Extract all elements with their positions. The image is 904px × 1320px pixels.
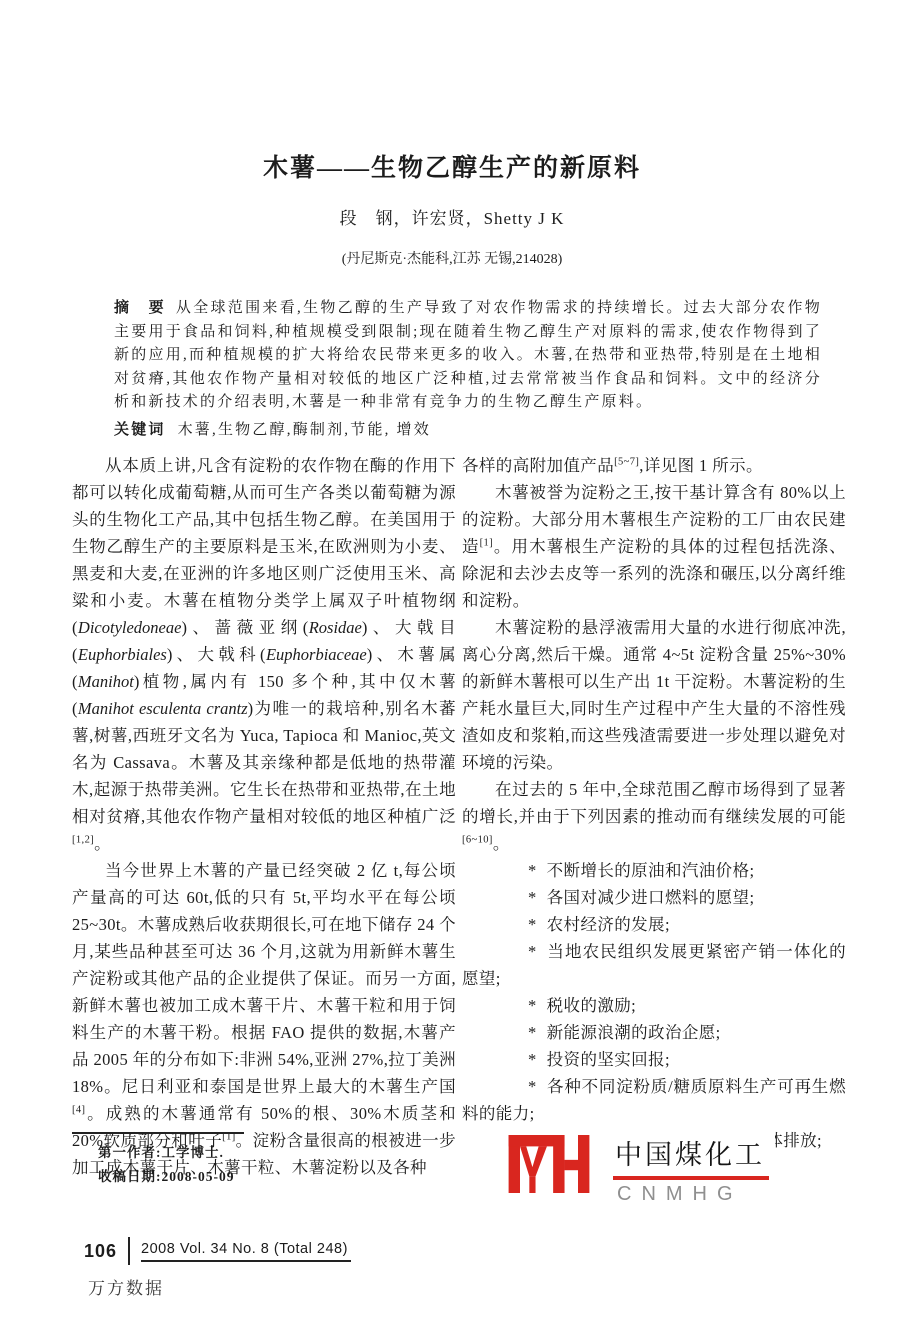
wanfang-watermark: 万方数据 bbox=[88, 1274, 164, 1299]
body-paragraph: 在过去的 5 年中,全球范围乙醇市场得到了显著的增长,并由于下列因素的推动而有继… bbox=[462, 776, 846, 857]
footnote-separator bbox=[72, 1132, 244, 1134]
list-item-text: 投资的坚实回报; bbox=[547, 1050, 670, 1069]
abstract-label: 摘 要 bbox=[114, 300, 166, 316]
footnote-author: 第一作者:工学博士. bbox=[98, 1141, 235, 1165]
keywords-block: 关键词木薯,生物乙醇,酶制剂,节能, 增效 bbox=[114, 418, 822, 439]
footnote-received-date: 收稿日期:2008-05-09 bbox=[98, 1165, 235, 1189]
body-paragraph: 木薯淀粉的悬浮液需用大量的水进行彻底冲洗,离心分离,然后干燥。通常 4~5t 淀… bbox=[462, 614, 846, 776]
footnote-block: 第一作者:工学博士. 收稿日期:2008-05-09 bbox=[98, 1141, 235, 1189]
bullet-marker: * bbox=[495, 884, 537, 911]
bullet-marker: * bbox=[495, 857, 537, 884]
abstract-block: 摘 要从全球范围来看,生物乙醇的生产导致了对农作物需求的持续增长。过去大部分农作… bbox=[114, 297, 822, 415]
list-item: *不断增长的原油和汽油价格; bbox=[462, 857, 846, 884]
body-paragraph: 从本质上讲,凡含有淀粉的农作物在酶的作用下都可以转化成葡萄糖,从而可生产各类以葡… bbox=[72, 452, 456, 857]
watermark-text: 中国煤化工 CNMHG bbox=[613, 1133, 769, 1206]
journal-page: 木薯——生物乙醇生产的新原料 段 钢，许宏贤，Shetty J K (丹尼斯克·… bbox=[0, 0, 904, 1320]
list-item: *当地农民组织发展更紧密产销一体化的愿望; bbox=[462, 938, 846, 992]
bullet-marker: * bbox=[495, 911, 537, 938]
bullet-marker: * bbox=[495, 938, 537, 965]
keywords-label: 关键词 bbox=[114, 422, 166, 438]
bullet-marker: * bbox=[495, 1046, 537, 1073]
abstract-text: 从全球范围来看,生物乙醇的生产导致了对农作物需求的持续增长。过去大部分农作物主要… bbox=[114, 300, 822, 410]
authors-line: 段 钢，许宏贤，Shetty J K bbox=[0, 204, 904, 229]
keywords-text: 木薯,生物乙醇,酶制剂,节能, 增效 bbox=[178, 422, 431, 438]
watermark-brand-en: CNMHG bbox=[613, 1183, 769, 1206]
right-column: 各样的高附加值产品[5~7],详见图 1 所示。 木薯被誉为淀粉之王,按干基计算… bbox=[462, 452, 846, 1208]
page-number: 106 bbox=[84, 1241, 117, 1262]
list-item-text: 各国对减少进口燃料的愿望; bbox=[547, 888, 755, 907]
affiliation-line: (丹尼斯克·杰能科,江苏 无锡,214028) bbox=[0, 248, 904, 268]
list-item: *新能源浪潮的政治企愿; bbox=[462, 1019, 846, 1046]
page-title: 木薯——生物乙醇生产的新原料 bbox=[0, 148, 904, 184]
bullet-marker: * bbox=[495, 1073, 537, 1100]
left-column: 从本质上讲,凡含有淀粉的农作物在酶的作用下都可以转化成葡萄糖,从而可生产各类以葡… bbox=[72, 452, 456, 1181]
list-item: *投资的坚实回报; bbox=[462, 1046, 846, 1073]
watermark-brand-cn: 中国煤化工 bbox=[613, 1133, 769, 1180]
footer-divider bbox=[128, 1237, 130, 1265]
list-item-text: 新能源浪潮的政治企愿; bbox=[547, 1023, 721, 1042]
list-item: *税收的激励; bbox=[462, 992, 846, 1019]
issue-info: 2008 Vol. 34 No. 8 (Total 248) bbox=[141, 1241, 351, 1262]
list-item: *各种不同淀粉质/糖质原料生产可再生燃料的能力; bbox=[462, 1073, 846, 1127]
coal-chem-logo-icon bbox=[497, 1135, 601, 1193]
body-paragraph: 木薯被誉为淀粉之王,按干基计算含有 80%以上的淀粉。大部分用木薯根生产淀粉的工… bbox=[462, 479, 846, 614]
bullet-marker: * bbox=[495, 992, 537, 1019]
bullet-marker: * bbox=[495, 1019, 537, 1046]
publisher-watermark: 中国煤化工 CNMHG bbox=[494, 1130, 775, 1212]
body-paragraph: 各样的高附加值产品[5~7],详见图 1 所示。 bbox=[462, 452, 846, 479]
list-item-text: 农村经济的发展; bbox=[547, 915, 670, 934]
list-item: *农村经济的发展; bbox=[462, 911, 846, 938]
list-item-text: 不断增长的原油和汽油价格; bbox=[547, 861, 755, 880]
list-item: *各国对减少进口燃料的愿望; bbox=[462, 884, 846, 911]
list-item-text: 税收的激励; bbox=[547, 996, 636, 1015]
page-footer: 106 2008 Vol. 34 No. 8 (Total 248) bbox=[84, 1237, 351, 1265]
